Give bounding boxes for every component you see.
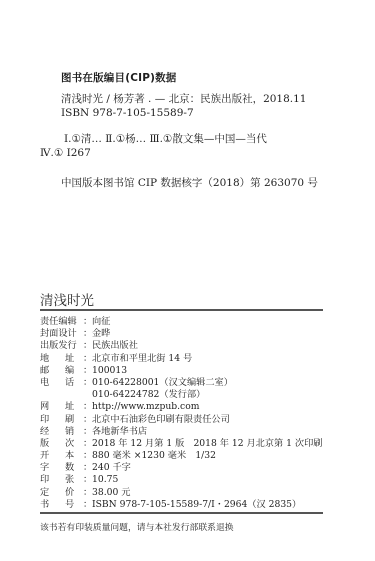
info-value: 10.75	[92, 474, 118, 486]
info-value: 各地新华书店	[92, 426, 147, 438]
info-row-editor: 责任编辑：向征	[40, 316, 322, 328]
info-row-phone-2: 010-64224782（发行部）	[40, 389, 322, 401]
publication-info: 责任编辑：向征 封面设计：金晔 出版发行：民族出版社 地址：北京市和平里北街 1…	[40, 316, 322, 511]
info-value: 金晔	[92, 328, 110, 340]
cip-record-number: 中国版本图书馆 CIP 数据核字（2018）第 263070 号	[61, 175, 318, 190]
info-value: 2018 年 12 月第 1 版 2018 年 12 月北京第 1 次印刷	[92, 438, 322, 450]
info-row-book-number: 书号：ISBN 978-7-105-15589-7/I・2964（汉 2835）	[40, 499, 322, 511]
info-value: 880 毫米 ×1230 毫米 1/32	[92, 450, 216, 462]
info-value: 向征	[92, 316, 110, 328]
info-row-website: 网址：http://www.mzpub.com	[40, 401, 322, 413]
info-row-word-count: 字数：240 千字	[40, 462, 322, 474]
info-row-cover-design: 封面设计：金晔	[40, 328, 322, 340]
info-value: 民族出版社	[92, 340, 138, 352]
info-row-address: 地址：北京市和平里北街 14 号	[40, 353, 322, 365]
top-divider	[40, 309, 323, 311]
cip-heading: 图书在版编目(CIP)数据	[61, 70, 177, 85]
cip-classification-line: Ⅳ.① I267	[40, 147, 91, 159]
info-label: 封面设计	[40, 328, 83, 340]
info-value: 38.00 元	[92, 487, 130, 499]
bottom-divider	[40, 512, 323, 514]
book-title: 清浅时光	[40, 289, 94, 309]
info-row-format: 开本：880 毫米 ×1230 毫米 1/32	[40, 450, 322, 462]
info-value: 010-64224782（发行部）	[92, 389, 205, 401]
cip-isbn-line: ISBN 978-7-105-15589-7	[61, 107, 194, 119]
info-value: 北京中石油彩色印刷有限责任公司	[92, 414, 230, 426]
info-row-edition: 版次：2018 年 12 月第 1 版 2018 年 12 月北京第 1 次印刷	[40, 438, 322, 450]
info-value: 100013	[92, 365, 127, 377]
info-label: 出版发行	[40, 340, 83, 352]
website-link: http://www.mzpub.com	[92, 401, 199, 413]
info-row-publisher: 出版发行：民族出版社	[40, 340, 322, 352]
info-value: ISBN 978-7-105-15589-7/I・2964（汉 2835）	[92, 499, 301, 511]
cip-title-line: 清浅时光 / 杨芳著 . — 北京：民族出版社，2018.11	[61, 91, 306, 106]
cip-subject-line: Ⅰ.①清… Ⅱ.①杨… Ⅲ.①散文集—中国—当代	[64, 131, 267, 146]
info-row-distributor: 经销：各地新华书店	[40, 426, 322, 438]
info-row-printer: 印刷：北京中石油彩色印刷有限责任公司	[40, 414, 322, 426]
info-value: 北京市和平里北街 14 号	[92, 353, 192, 365]
info-value: 010-64228001（汉文编辑二室）	[92, 377, 233, 389]
info-label: 责任编辑	[40, 316, 83, 328]
info-row-phone: 电话：010-64228001（汉文编辑二室）	[40, 377, 322, 389]
info-value: 240 千字	[92, 462, 131, 474]
info-row-sheets: 印张：10.75	[40, 474, 322, 486]
quality-note: 该书若有印装质量问题，请与本社发行部联系退换	[40, 520, 234, 533]
info-row-postcode: 邮编：100013	[40, 365, 322, 377]
info-row-price: 定价：38.00 元	[40, 487, 322, 499]
